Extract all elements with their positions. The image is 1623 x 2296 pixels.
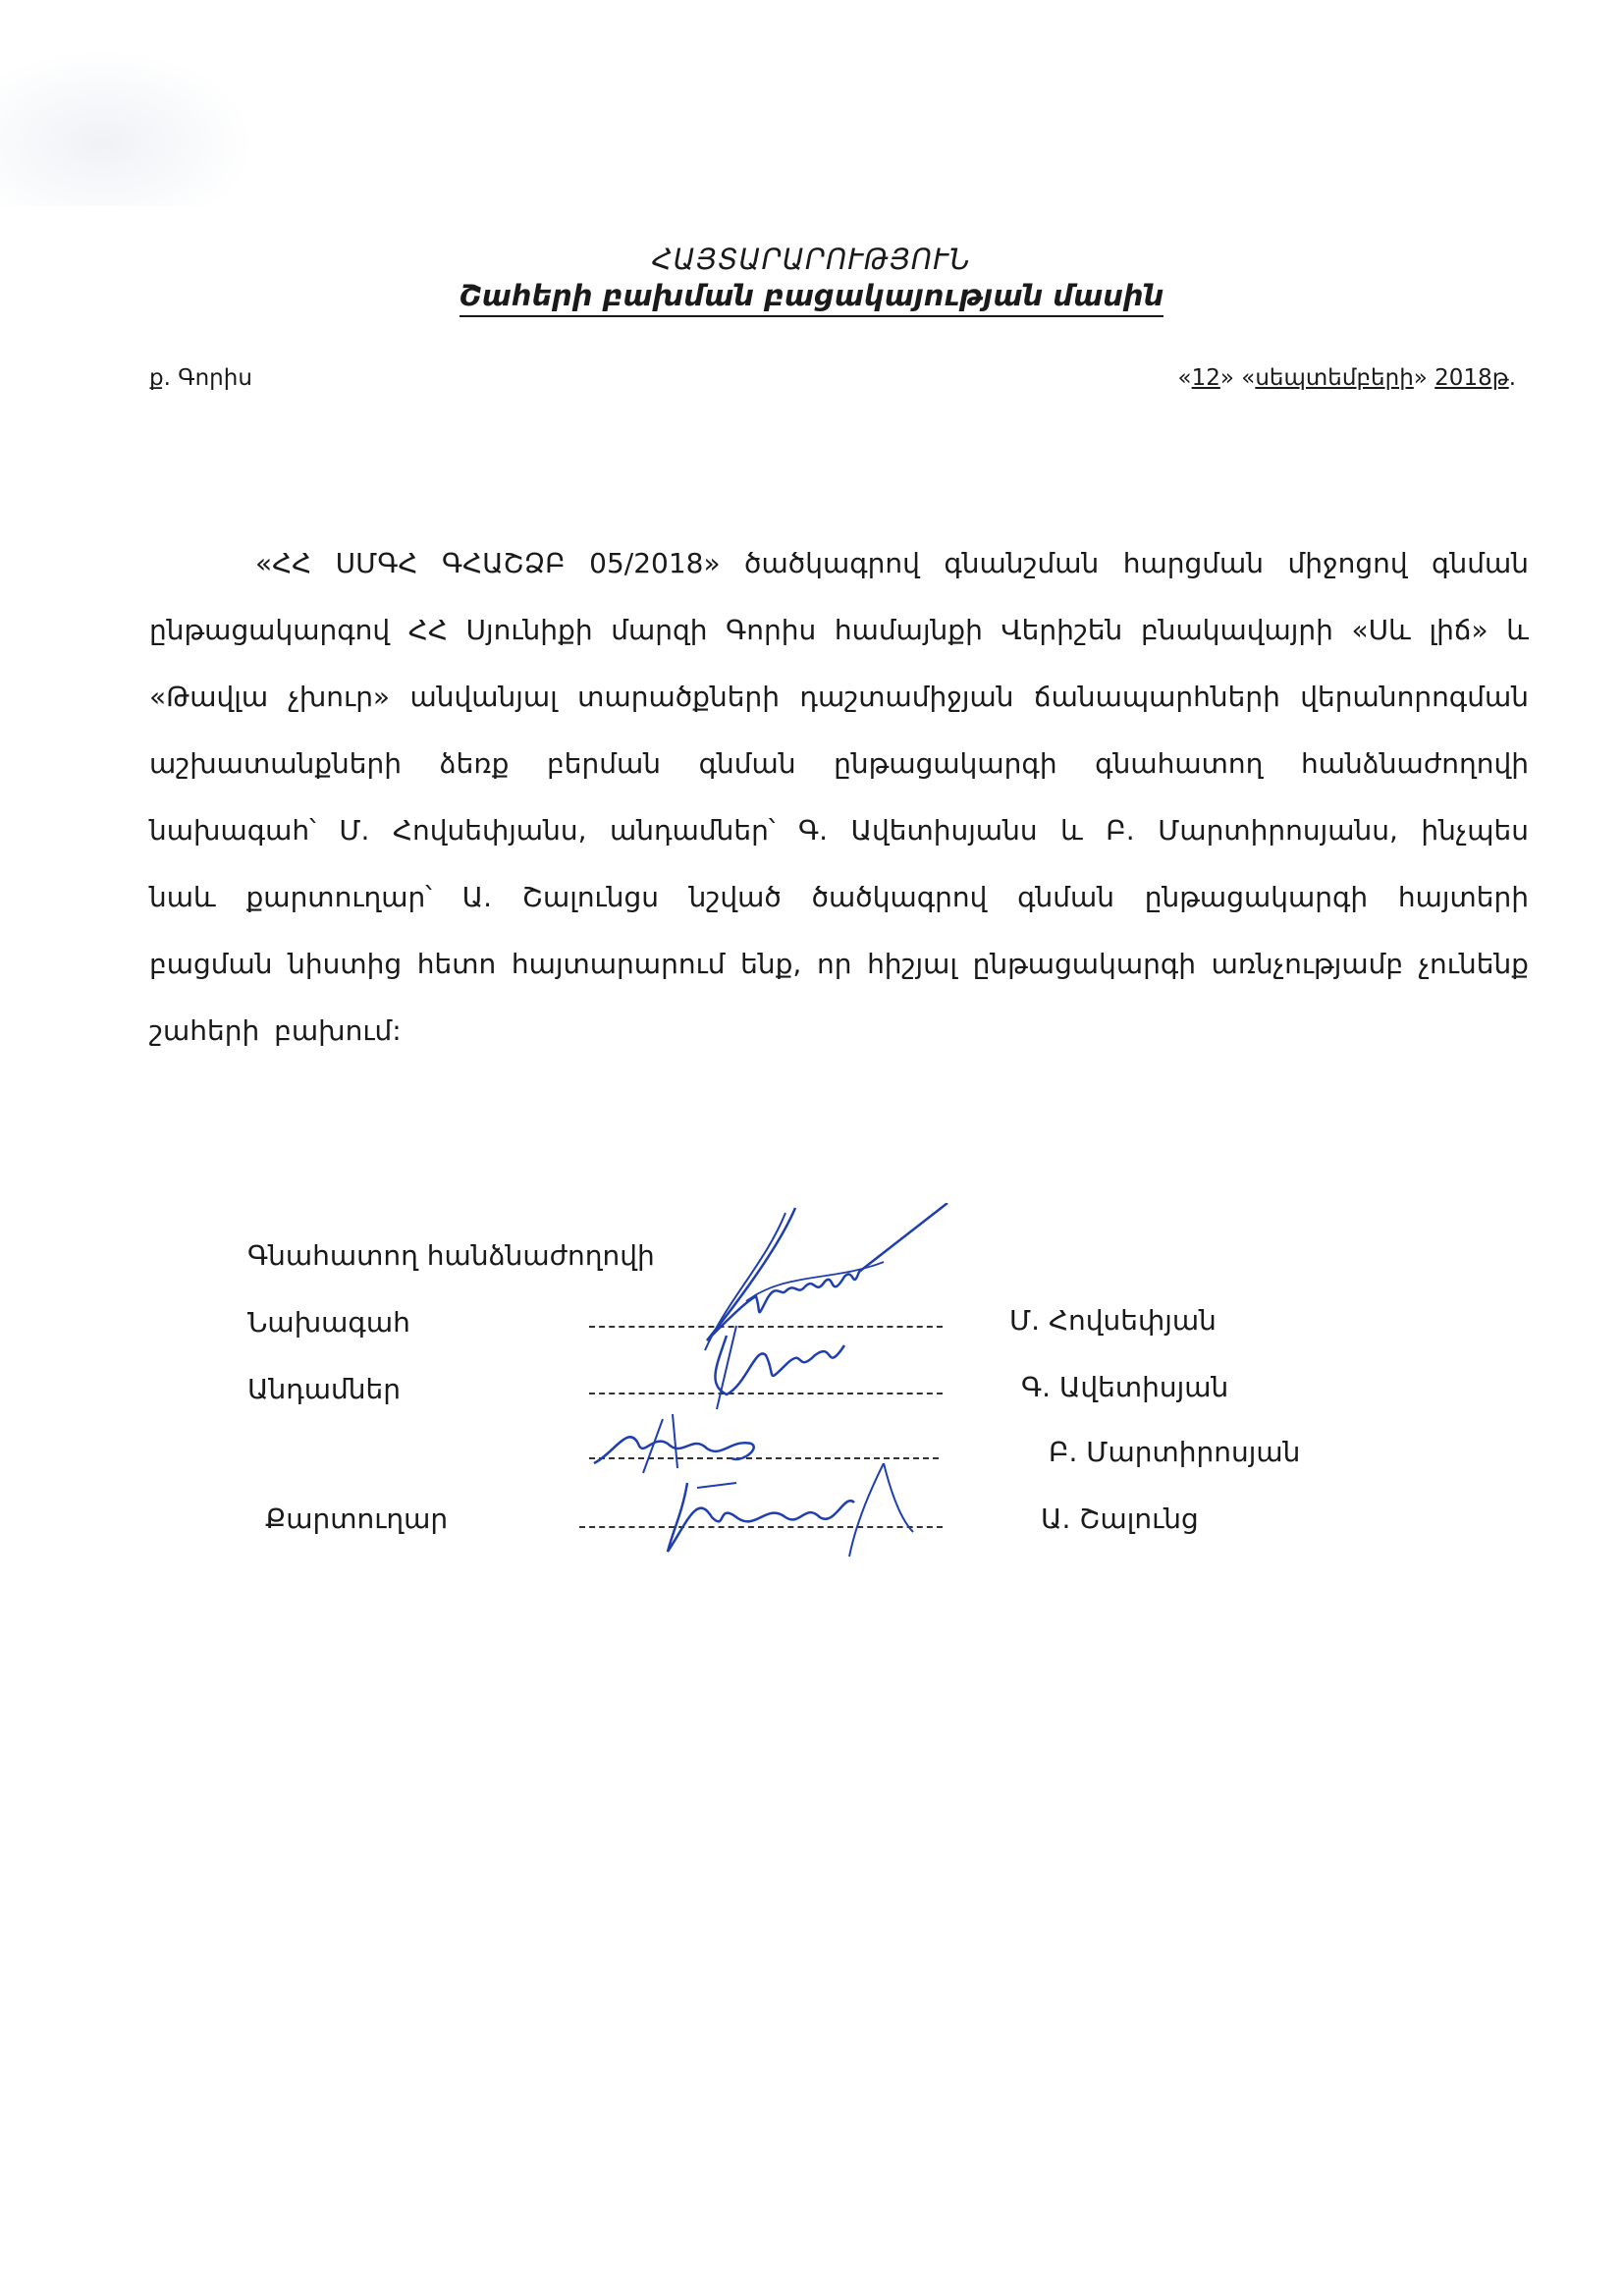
place: ք. Գորիս <box>149 365 252 391</box>
role-secretary: Քարտուղար <box>265 1503 448 1535</box>
name-secretary: Ա. Շալունց <box>1041 1503 1199 1535</box>
role-members: Անդամներ <box>247 1373 401 1405</box>
name-member-2: Բ. Մարտիրոսյան <box>1049 1436 1300 1468</box>
document-subtitle: Շահերի բախման բացակայության մասին <box>460 277 1164 317</box>
title-block: ՀԱՅՏԱՐԱՐՈՒԹՅՈՒՆ Շահերի բախման բացակայութ… <box>0 242 1623 317</box>
date-quote: « <box>1178 365 1192 391</box>
document-title: ՀԱՅՏԱՐԱՐՈՒԹՅՈՒՆ <box>0 242 1623 277</box>
date-quote: » <box>1414 365 1434 391</box>
name-chair: Մ. Հովսեփյան <box>1009 1304 1217 1337</box>
date-month: սեպտեմբերի <box>1255 365 1413 391</box>
committee-heading: Գնահատող հանձնաժողովի <box>247 1239 655 1272</box>
signature-block: Գնահատող հանձնաժողովի Նախագահ Մ. Հովսեփյ… <box>0 0 1623 2296</box>
date-quote: » <box>1220 365 1234 391</box>
date-suffix: . <box>1509 365 1516 391</box>
name-member-1: Գ. Ավետիսյան <box>1021 1371 1228 1403</box>
signature-secretary <box>658 1463 923 1561</box>
scan-shadow <box>0 49 255 206</box>
date-quote: « <box>1234 365 1255 391</box>
date: «12» «սեպտեմբերի» 2018թ. <box>1178 365 1516 391</box>
signature-member-1 <box>697 1316 874 1414</box>
place-date-line: ք. Գորիս «12» «սեպտեմբերի» 2018թ. <box>149 365 1516 399</box>
date-year: 2018թ <box>1434 365 1509 391</box>
role-chair: Նախագահ <box>247 1306 410 1339</box>
declaration-paragraph: «ՀՀ ՍՄԳՀ ԳՀԱՇՁԲ 05/2018» ծածկագրով գնանշ… <box>149 530 1529 1065</box>
date-day: 12 <box>1192 365 1220 391</box>
